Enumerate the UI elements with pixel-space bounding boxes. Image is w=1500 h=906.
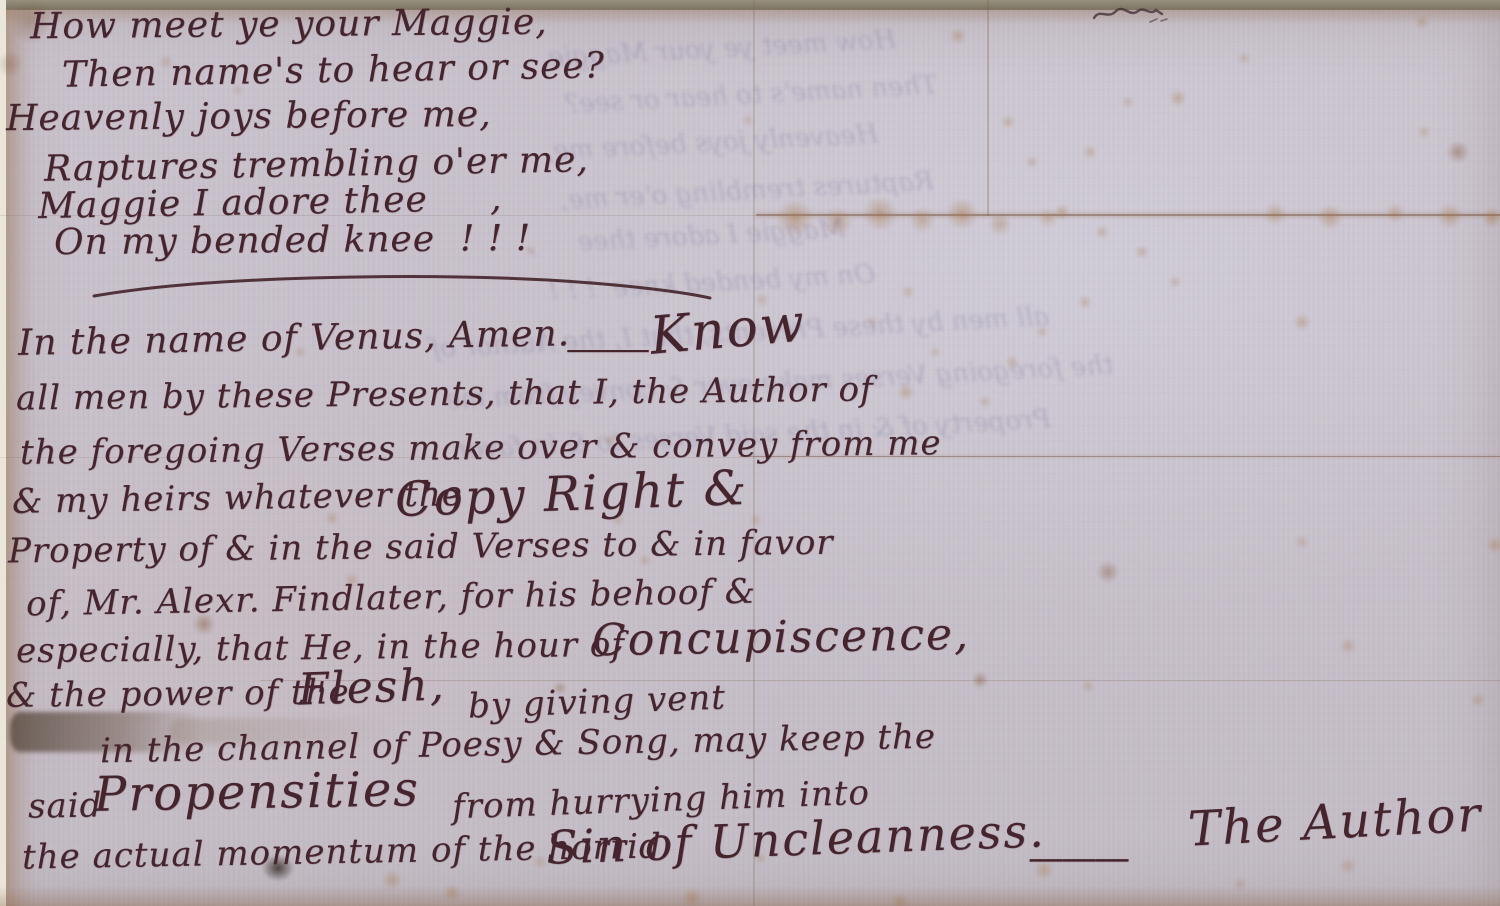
ink-scribble (1090, 2, 1180, 28)
deed-segment: said (28, 785, 103, 826)
deed-segment-emphasis: Concupiscence, (592, 609, 971, 667)
flourish-line (88, 272, 718, 308)
verse-line: On my bended knee ! ! ! (54, 218, 532, 263)
paper-edge-bottom (0, 886, 1500, 906)
deed-segment-emphasis: Flesh, (297, 659, 446, 715)
verse-line: How meet ye your Maggie, (30, 2, 548, 48)
manuscript-scan: How meet ye your Maggie, Then name's to … (0, 0, 1500, 906)
deed-dash: ——— (566, 332, 647, 367)
deed-segment-emphasis: Propensities (94, 761, 421, 823)
verse-line: Heavenly joys before me, (6, 94, 492, 139)
deed-dash: ——— (1028, 838, 1127, 879)
